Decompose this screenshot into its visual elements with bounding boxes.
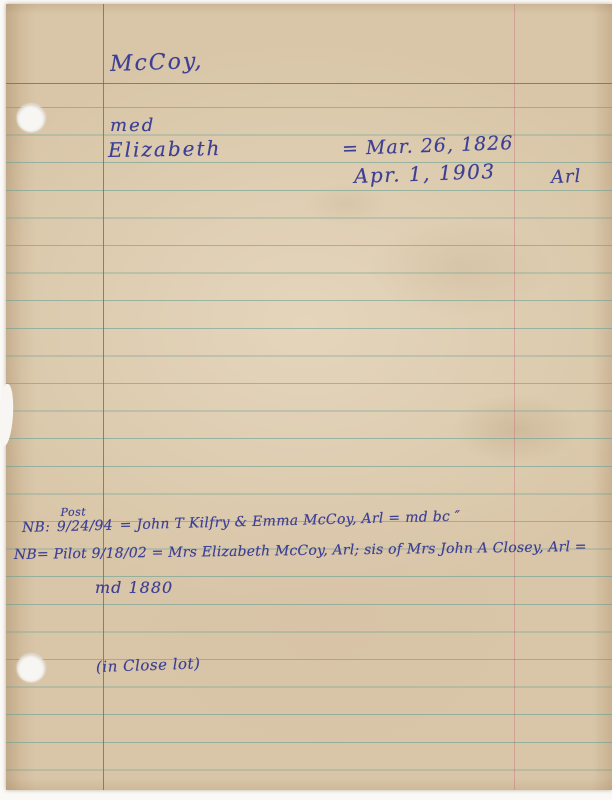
notebook-paper: McCoy, med Elizabeth = Mar. 26, 1826 Apr… [6,4,612,790]
given-name: Elizabeth [108,136,222,162]
relation-note: med [110,115,155,136]
note2-source: Pilot [53,546,87,562]
surname-heading: McCoy, [110,49,204,77]
note2-label: NB= [14,547,49,563]
note1-label: NB: [22,519,51,536]
note1-date: 9/24/94 [57,518,113,535]
right-margin-line [514,4,515,790]
note1-source: Post [60,505,86,519]
death-date: Apr. 1, 1903 [354,159,496,188]
note2-date: 9/18/02 [92,545,148,562]
marriage-year-note: md 1880 [95,578,173,597]
top-margin-line [6,83,612,84]
note1-source-date: Post 9/24/94 [57,518,113,535]
burial-lot-note: (in Close lot) [96,654,201,676]
scanned-page: McCoy, med Elizabeth = Mar. 26, 1826 Apr… [0,0,612,800]
place-abbreviation: Arl [551,166,582,188]
punch-hole-bottom [17,654,45,682]
punch-hole-top [17,104,45,132]
ruled-lines [6,107,612,783]
